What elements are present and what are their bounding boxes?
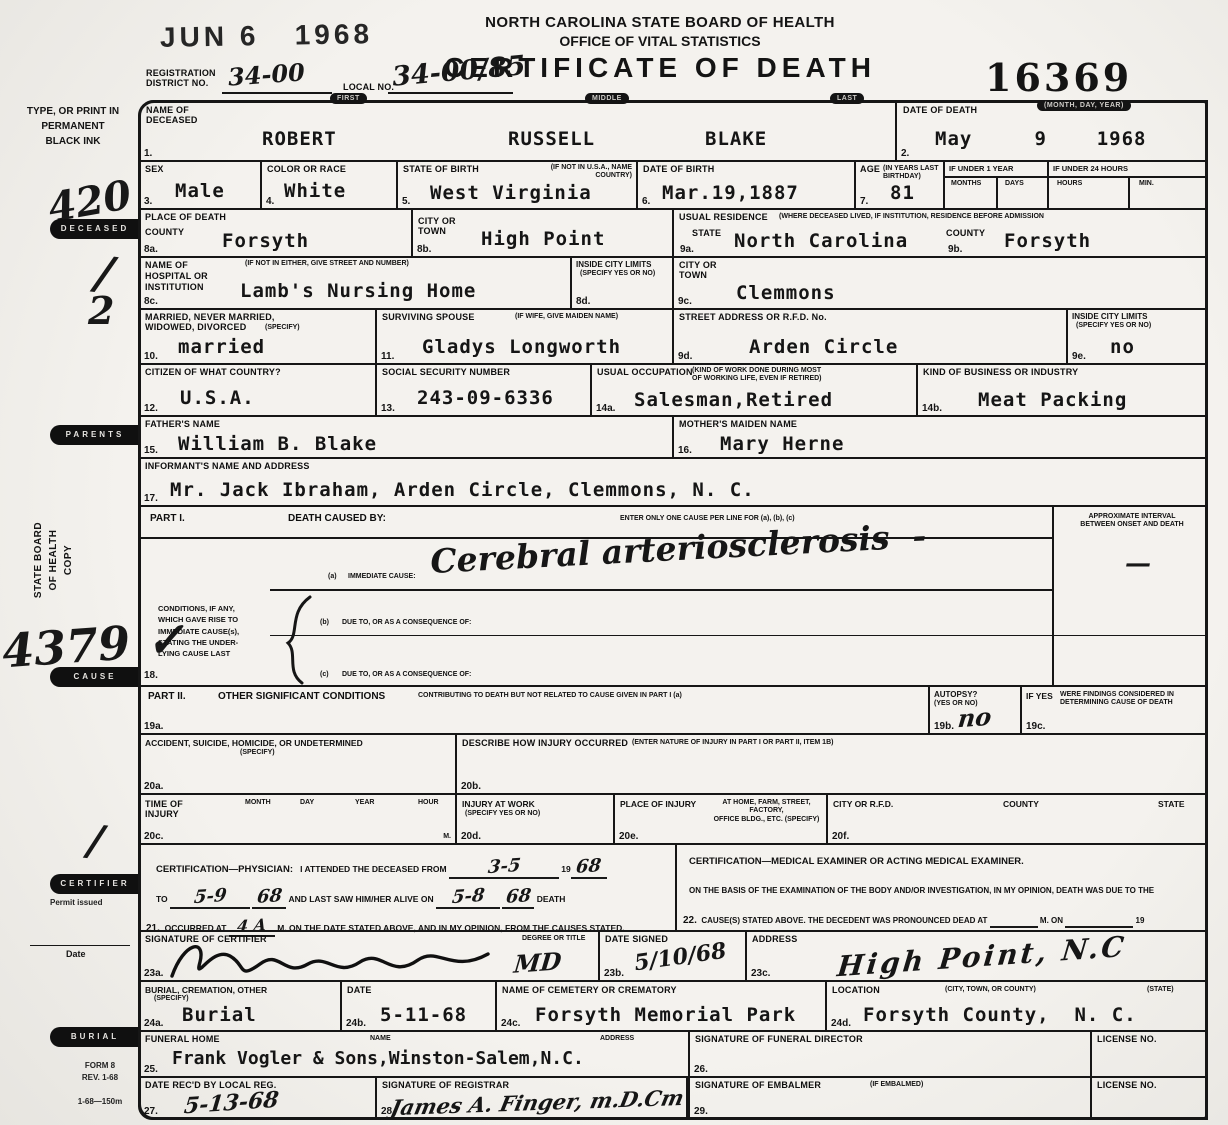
field-street-address: STREET ADDRESS OR R.F.D. No. 9d. Arden C… [672,308,1068,365]
margin-handwritten-2: 2 [88,288,114,333]
date-of-death-subtab: (MONTH, DAY, YEAR) [1037,100,1131,111]
certifier-signature [166,936,496,982]
registration-district-label: REGISTRATION DISTRICT NO. [146,68,216,89]
name-first-tab: FIRST [330,93,367,104]
field-cemetery-name: NAME OF CEMETERY OR CREMATORY 24c. Forsy… [495,980,827,1032]
conditions-brace [276,595,316,685]
registration-district-value: 34-00 [227,57,306,91]
field-embalmer-signature: SIGNATURE OF EMBALMER (IF EMBALMED) 29. [688,1076,1092,1120]
field-ssn: SOCIAL SECURITY NUMBER 13. 243-09-6336 [375,363,592,417]
cemetery-name-value: Forsyth Memorial Park [535,1004,796,1026]
name-middle-tab: MIDDLE [585,93,629,104]
name-last-tab: LAST [830,93,864,104]
ssn-value: 243-09-6336 [417,387,554,409]
name-middle-value: RUSSELL [508,128,595,150]
field-color-or-race: COLOR OR RACE 4. White [260,160,398,210]
field-if-under-1-year: IF UNDER 1 YEAR MONTHS DAYS [943,160,1049,210]
state-of-birth-value: West Virginia [430,182,592,204]
tab-certifier: CERTIFIER [50,874,140,894]
field-residence-city: CITY ORTOWN 9c. Clemmons [672,256,1208,310]
race-value: White [284,180,346,202]
interval-column-divider [1052,507,1054,685]
burial-date-value: 5-11-68 [380,1004,467,1026]
field-certification-medical-examiner: CERTIFICATION—MEDICAL EXAMINER OR ACTING… [675,843,1208,932]
attended-to-value: 5-9 [193,886,228,908]
section-part1: PART I. DEATH CAUSED BY: ENTER ONLY ONE … [138,505,1208,687]
field-inside-city-limits-8d: INSIDE CITY LIMITS (SPECIFY YES OR NO) 8… [570,256,674,310]
place-of-death-city-value: High Point [481,228,605,250]
field-usual-occupation: USUAL OCCUPATION (KIND OF WORK DONE DURI… [590,363,918,417]
tab-cause: CAUSE [50,667,140,687]
field-date-of-birth: DATE OF BIRTH 6. Mar.19,1887 [636,160,856,210]
field-sex: SEX 3. Male [138,160,262,210]
field-age: AGE (IN YEARS LASTBIRTHDAY) 7. 81 [854,160,945,210]
hospital-value: Lamb's Nursing Home [240,280,476,302]
field-describe-injury: DESCRIBE HOW INJURY OCCURRED (ENTER NATU… [455,733,1208,795]
field-kind-of-business: KIND OF BUSINESS OR INDUSTRY 14b. Meat P… [916,363,1208,417]
field-if-yes-findings: IF YES WERE FINDINGS CONSIDERED IN DETER… [1020,685,1208,735]
margin-date-label: Date [66,949,86,959]
attended-from-value: 3-5 [487,856,522,878]
field-date-received: DATE REC'D BY LOCAL REG. 27. 5-13-68 [138,1076,377,1120]
form-number-note: FORM 8 REV. 1-68 1-68—150m [60,1060,140,1108]
business-value: Meat Packing [978,389,1127,411]
field-inside-city-limits-9e: INSIDE CITY LIMITS (SPECIFY YES OR NO) 9… [1066,308,1208,365]
field-citizen-of: CITIZEN OF WHAT COUNTRY? 12. U.S.A. [138,363,377,417]
field-injury-city-county-state: CITY OR R.F.D. COUNTY STATE 20f. [826,793,1208,845]
date-of-death-value: May 9 1968 [935,128,1146,150]
field-fathers-name: FATHER'S NAME 15. William B. Blake [138,415,674,459]
received-date-stamp: JUN 6 1968 [160,18,374,54]
field-name-of-deceased: NAME OFDECEASED 1. FIRST MIDDLE LAST ROB… [138,100,897,162]
field-place-of-death-county: PLACE OF DEATH COUNTY 8a. Forsyth [138,208,413,258]
field-state-of-birth: STATE OF BIRTH (IF NOT IN U.S.A., NAMECO… [396,160,638,210]
cemetery-location-value: Forsyth County, N. C. [863,1004,1137,1026]
attended-from-year: 68 [575,856,602,878]
tab-deceased: DECEASED [50,219,140,239]
surviving-spouse-value: Gladys Longworth [422,336,621,358]
margin-handwritten-slash2: / [85,815,105,865]
name-last-value: BLAKE [705,128,767,150]
org-line1: NORTH CAROLINA STATE BOARD OF HEALTH [400,14,920,31]
burial-value: Burial [182,1004,257,1026]
field-funeral-director-signature: SIGNATURE OF FUNERAL DIRECTOR 26. [688,1030,1092,1078]
residence-state-value: North Carolina [734,230,908,252]
field-marital-status: MARRIED, NEVER MARRIED,WIDOWED, DIVORCED… [138,308,377,365]
section-part2: PART II. OTHER SIGNIFICANT CONDITIONS CO… [138,685,930,735]
field-place-of-injury: PLACE OF INJURY AT HOME, FARM, STREET, F… [613,793,828,845]
inside-city-limits-9e-value: no [1110,336,1135,358]
field-hospital-or-institution: NAME OFHOSPITAL ORINSTITUTION (IF NOT IN… [138,256,572,310]
citizen-value: U.S.A. [180,387,255,409]
age-value: 81 [890,182,915,204]
org-line2: OFFICE OF VITAL STATISTICS [400,33,920,49]
occupation-value: Salesman,Retired [634,389,833,411]
death-certificate-scan: JUN 6 1968 NORTH CAROLINA STATE BOARD OF… [0,0,1228,1125]
last-seen-value: 5-8 [451,886,486,908]
field-date-signed: DATE SIGNED 23b. 5/10/68 [598,930,747,982]
field-autopsy: AUTOPSY? (YES OR NO) 19b. no [928,685,1022,735]
immediate-cause-value: Cerebral arteriosclerosis - [429,516,927,581]
field-place-of-death-city: CITY ORTOWN 8b. High Point [411,208,674,258]
tab-parents: PARENTS [50,425,140,445]
copy-designation: STATE BOARD OF HEALTH COPY [31,505,95,615]
autopsy-value: no [957,702,993,734]
marital-status-value: married [178,336,265,358]
name-first-value: ROBERT [262,128,337,150]
residence-city-value: Clemmons [736,282,836,304]
fathers-name-value: William B. Blake [178,433,377,455]
informant-value: Mr. Jack Ibraham, Arden Circle, Clemmons… [170,479,755,501]
date-of-birth-value: Mar.19,1887 [662,182,799,204]
print-instruction: TYPE, OR PRINT IN PERMANENT BLACK INK [14,104,132,149]
field-informant: INFORMANT'S NAME AND ADDRESS 17. Mr. Jac… [138,457,1208,507]
field-injury-at-work: INJURY AT WORK (SPECIFY YES OR NO) 20d. [455,793,615,845]
street-address-value: Arden Circle [749,336,898,358]
degree-value: MD [513,946,563,979]
field-burial-cremation: BURIAL, CREMATION, OTHER (SPECIFY) 24a. … [138,980,342,1032]
mothers-maiden-name-value: Mary Herne [720,433,844,455]
field-burial-date: DATE 24b. 5-11-68 [340,980,497,1032]
last-seen-year: 68 [505,886,532,908]
attended-to-year: 68 [256,886,283,908]
tab-burial: BURIAL [50,1027,140,1047]
field-surviving-spouse: SURVIVING SPOUSE (IF WIFE, GIVE MAIDEN N… [375,308,674,365]
certifier-address-value: High Point, N.C [836,930,1129,984]
field-registrar-signature: SIGNATURE OF REGISTRAR 28. James A. Fing… [375,1076,688,1120]
field-cemetery-location: LOCATION (CITY, TOWN, OR COUNTY) (STATE)… [825,980,1208,1032]
field-license-no-1: LICENSE NO. [1090,1030,1208,1078]
field-mothers-maiden-name: MOTHER'S MAIDEN NAME 16. Mary Herne [672,415,1208,459]
residence-county-value: Forsyth [1004,230,1091,252]
permit-issued-note: Permit issued [50,898,102,907]
date-received-value: 5-13-68 [183,1087,280,1120]
field-accident-suicide: ACCIDENT, SUICIDE, HOMICIDE, OR UNDETERM… [138,733,457,795]
field-funeral-home: FUNERAL HOME NAME ADDRESS 25. Frank Vogl… [138,1030,690,1078]
sex-value: Male [175,180,225,202]
field-signature-of-certifier: SIGNATURE OF CERTIFIER DEGREE OR TITLE 2… [138,930,600,982]
field-license-no-2: LICENSE NO. [1090,1076,1208,1120]
field-date-of-death: DATE OF DEATH (MONTH, DAY, YEAR) 2. May … [895,100,1208,162]
field-if-under-24-hours: IF UNDER 24 HOURS HOURS MIN. [1047,160,1208,210]
field-usual-residence: USUAL RESIDENCE (WHERE DECEASED LIVED, I… [672,208,1208,258]
place-of-death-county-value: Forsyth [222,230,309,252]
field-time-of-injury: TIME OFINJURY MONTH DAY YEAR HOUR 20c. M… [138,793,457,845]
interval-value: — [1125,549,1151,579]
funeral-home-value: Frank Vogler & Sons,Winston-Salem,N.C. [172,1048,584,1069]
certificate-number: 16369 [985,55,1132,100]
field-certification-physician: CERTIFICATION—PHYSICIAN: I ATTENDED THE … [138,843,677,932]
local-no-label: LOCAL NO. [343,82,394,92]
field-certifier-address: ADDRESS 23c. High Point, N.C [745,930,1208,982]
